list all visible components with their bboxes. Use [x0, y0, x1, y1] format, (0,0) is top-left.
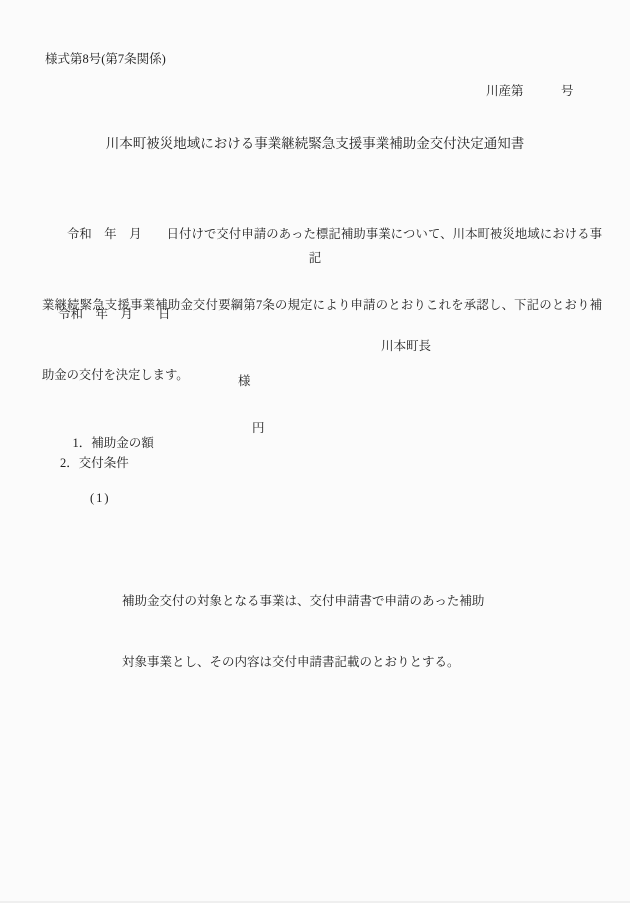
- document-title: 川本町被災地域における事業継続緊急支援事業補助金交付決定通知書: [0, 132, 630, 152]
- record-marker: 記: [0, 248, 630, 266]
- sub-item-text: 補助金交付の対象となる事業は、交付申請書で申請のあった補助 対象事業とし、その内…: [122, 550, 484, 714]
- item-1-label: 1．補助金の額: [73, 436, 154, 450]
- addressee-suffix: 様: [238, 371, 251, 389]
- item-2-grant-conditions: 2．交付条件: [60, 453, 129, 471]
- item-2-sub-1: (1) 補助金交付の対象となる事業は、交付申請書で申請のあった補助 対象事業とし…: [90, 488, 484, 755]
- item-1-subsidy-amount: 1．補助金の額 円: [60, 418, 154, 481]
- sub-item-line-2: 対象事業とし、その内容は交付申請書記載のとおりとする。: [122, 652, 484, 673]
- sender-mayor: 川本町長: [381, 336, 431, 354]
- item-1-currency-unit: 円: [252, 418, 265, 436]
- document-page: 様式第8号(第7条関係) 川産第 号 川本町被災地域における事業継続緊急支援事業…: [0, 0, 630, 903]
- sub-item-marker: (1): [90, 488, 123, 509]
- document-reference-number: 川産第 号: [486, 81, 574, 99]
- sub-item-line-1: 補助金交付の対象となる事業は、交付申請書で申請のあった補助: [122, 591, 484, 612]
- form-number: 様式第8号(第7条関係): [45, 49, 166, 67]
- date-line: 令和 年 月 日: [58, 304, 171, 322]
- body-line-1: 令和 年 月 日付けで交付申請のあった標記補助事業について、川本町被災地域におけ…: [42, 223, 602, 247]
- body-line-3: 助金の交付を決定します。: [42, 364, 602, 388]
